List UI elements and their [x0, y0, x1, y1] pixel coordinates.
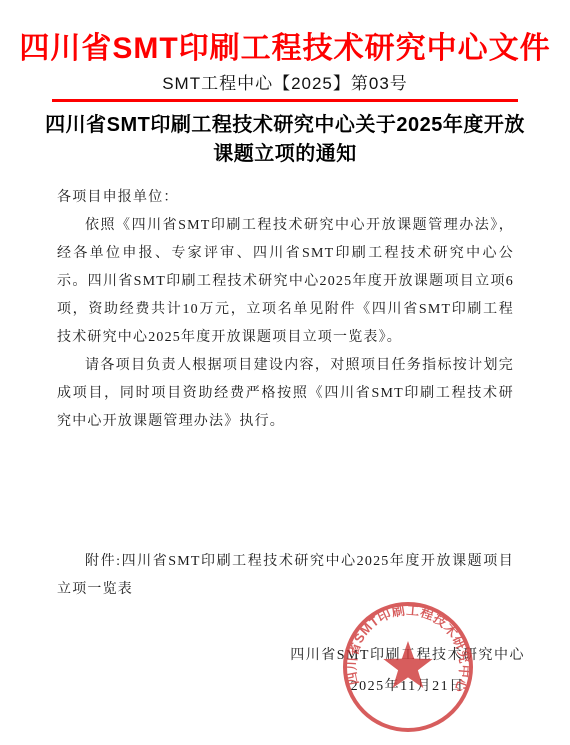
salutation: 各项目申报单位：	[57, 184, 514, 212]
official-document-page: 四川省SMT印刷工程技术研究中心文件 SMT工程中心【2025】第03号 四川省…	[0, 0, 570, 745]
document-number: SMT工程中心【2025】第03号	[0, 72, 570, 96]
attachment-note: 附件:四川省SMT印刷工程技术研究中心2025年度开放课题项目立项一览表	[57, 548, 514, 604]
document-title: 四川省SMT印刷工程技术研究中心关于2025年度开放课题立项的通知	[35, 111, 535, 169]
body-paragraph-2: 请各项目负责人根据项目建设内容，对照项目任务指标按计划完成项目，同时项目资助经费…	[57, 352, 514, 436]
signature-block: 四川省SMT印刷工程技术研究中心 2025年11月21日	[290, 640, 525, 702]
header-red-divider	[52, 99, 518, 102]
signature-date: 2025年11月21日	[290, 671, 525, 702]
signature-org: 四川省SMT印刷工程技术研究中心	[290, 640, 525, 671]
document-body: 各项目申报单位： 依照《四川省SMT印刷工程技术研究中心开放课题管理办法》，经各…	[57, 184, 514, 436]
document-header-org-title: 四川省SMT印刷工程技术研究中心文件	[0, 32, 570, 66]
body-paragraph-1: 依照《四川省SMT印刷工程技术研究中心开放课题管理办法》，经各单位申报、专家评审…	[57, 212, 514, 352]
